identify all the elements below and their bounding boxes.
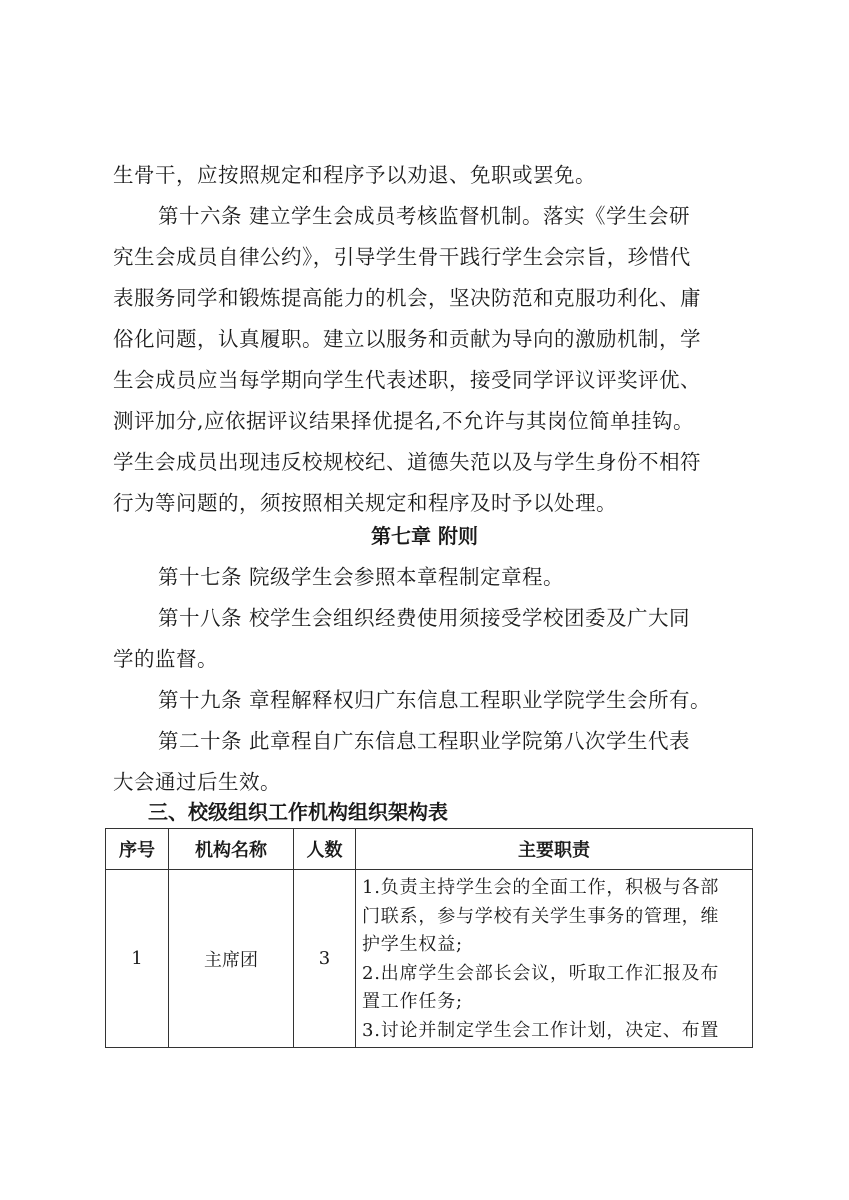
chapter-heading: 第七章 附则 (0, 516, 849, 556)
cell-name: 主席团 (169, 870, 294, 1048)
paragraph-line: 学的监督。 (113, 639, 753, 680)
article-20-line: 第二十条 此章程自广东信息工程职业学院第八次学生代表 (158, 721, 753, 762)
paragraph-line: 表服务同学和锻炼提高能力的机会，坚决防范和克服功利化、庸 (113, 278, 753, 319)
header-name: 机构名称 (169, 829, 294, 870)
header-duties: 主要职责 (356, 829, 753, 870)
paragraph-line: 生会成员应当每学期向学生代表述职，接受同学评议评奖评优、 (113, 360, 753, 401)
paragraph-line: 究生会成员自律公约》，引导学生骨干践行学生会宗旨，珍惜代 (113, 237, 753, 278)
section-heading: 三、校级组织工作机构组织架构表 (148, 795, 448, 829)
header-index: 序号 (106, 829, 169, 870)
cell-count: 3 (294, 870, 356, 1048)
duty-line: 3.讨论并制定学生会工作计划，决定、布置 (362, 1017, 748, 1046)
paragraph-line: 学生会成员出现违反校规校纪、道德失范以及与学生身份不相符 (113, 442, 753, 483)
cell-duties: 1.负责主持学生会的全面工作，积极与各部 门联系，参与学校有关学生事务的管理，维… (356, 870, 753, 1048)
paragraph-line: 生骨干，应按照规定和程序予以劝退、免职或罢免。 (113, 155, 753, 196)
duty-line: 2.出席学生会部长会议，听取工作汇报及布 (362, 960, 748, 989)
duty-line: 护学生权益; (362, 931, 748, 960)
article-18-line: 第十八条 校学生会组织经费使用须接受学校团委及广大同 (158, 598, 753, 639)
duty-line: 1.负责主持学生会的全面工作，积极与各部 (362, 874, 748, 903)
cell-index: 1 (106, 870, 169, 1048)
paragraph-line: 俗化问题，认真履职。建立以服务和贡献为导向的激励机制，学 (113, 319, 753, 360)
paragraph-line: 测评加分,应依据评议结果择优提名,不允许与其岗位简单挂钩。 (113, 401, 753, 442)
document-page: 生骨干，应按照规定和程序予以劝退、免职或罢免。 第十六条 建立学生会成员考核监督… (0, 0, 849, 1200)
table-row: 1 主席团 3 1.负责主持学生会的全面工作，积极与各部 门联系，参与学校有关学… (106, 870, 753, 1048)
duty-line: 置工作任务; (362, 988, 748, 1017)
article-16-line: 第十六条 建立学生会成员考核监督机制。落实《学生会研 (158, 196, 753, 237)
header-count: 人数 (294, 829, 356, 870)
duty-line: 门联系，参与学校有关学生事务的管理，维 (362, 903, 748, 932)
article-17-line: 第十七条 院级学生会参照本章程制定章程。 (158, 557, 753, 598)
table-header-row: 序号 机构名称 人数 主要职责 (106, 829, 753, 870)
article-19-line: 第十九条 章程解释权归广东信息工程职业学院学生会所有。 (158, 680, 753, 721)
org-structure-table: 序号 机构名称 人数 主要职责 1 主席团 3 1.负责主持学生会的全面工作，积… (105, 828, 753, 1048)
